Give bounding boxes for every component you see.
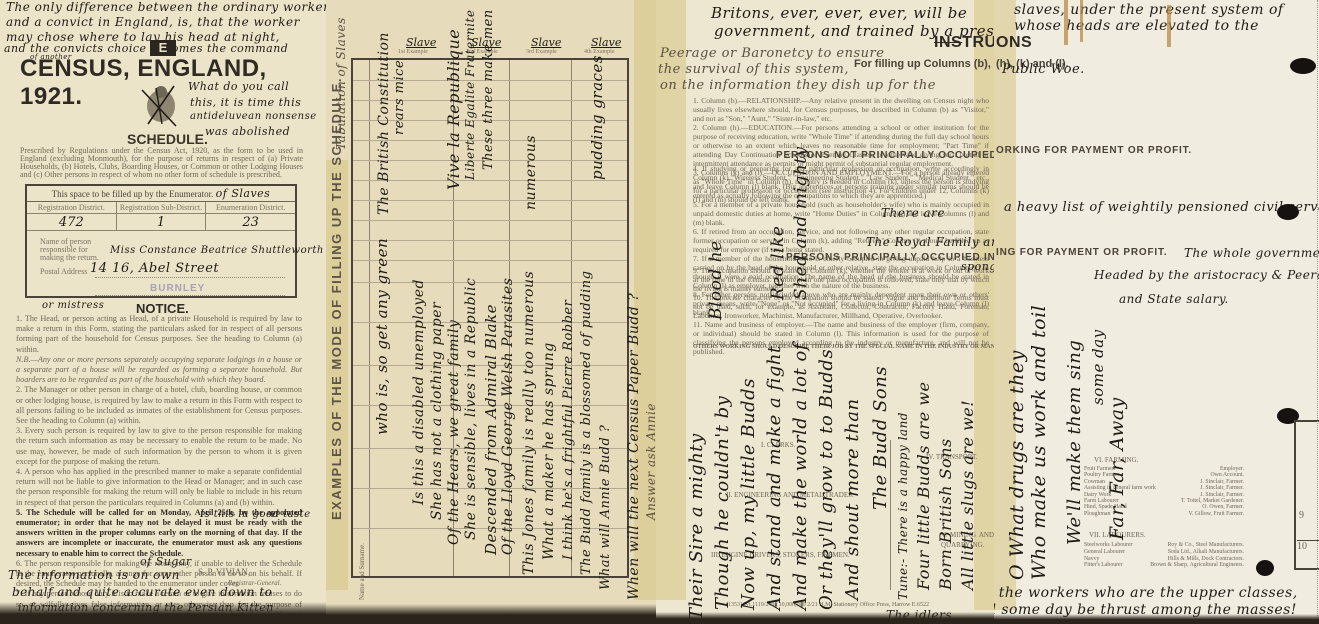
handwritten-vertical: Is this a disabled unemployed [411,279,427,505]
mistress-note: or mistress [42,300,104,311]
table-row: General LabourerSoda Ltd., Alkali Manufa… [1084,549,1244,556]
labourers-table: Steelworks LabourerRoy & Co., Steel Manu… [1084,542,1244,569]
instruction-item: 2. Column (h).—EDUCATION.—For persons at… [693,123,989,168]
responsible-person-label: Name of person responsible for making th… [40,238,106,262]
handwritten-vertical: O What drugs are they [1006,350,1028,580]
handwritten-line: slaves, under the present system of [1014,2,1284,18]
handwritten-vertical: Red like [768,226,788,300]
instructions-subtitle: For filling up Columns (b), (h), (k) and… [854,58,994,70]
handwritten-vertical: Liberte Egalite Fraternite [463,10,477,180]
value-enumeration-district: 23 [206,214,295,230]
handwritten-vertical: The Budd Sons [870,366,891,510]
table-row: Steelworks LabourerRoy & Co., Steel Manu… [1084,542,1244,549]
handwritten-vertical: Of the Hears, we great family [446,320,462,545]
handwritten-vertical: These three make men [481,9,496,170]
section-occupied-tail: ORKING FOR PAYMENT OR PROFIT. [996,145,1192,156]
census-cover-panel: The only difference between the ordinary… [0,0,326,624]
section-occupied-tail-2: ING FOR PAYMENT OR PROFIT. [996,247,1167,258]
example-names: Name and Surname. [356,543,368,600]
postal-address-label: Postal Address [40,268,87,276]
handwritten-line: The information is on own [8,568,180,582]
page-edge [1317,0,1318,624]
instructions-panel: Britons, ever, ever, ever, will be gover… [656,0,994,624]
torn-edge [326,604,656,624]
instruction-item: 4. If studying or preparing for any part… [693,164,989,200]
table-row: NavvyHills & Mills, Dock Contractors. [1084,556,1244,563]
section-industry: OTHERS WORKING SHOULD DESCRIBE THEIR JOB… [693,342,994,352]
handwritten-vertical: The Budd family is a blossomed of puddin… [579,270,594,575]
handwritten-line: and a convict in England, is, that the w… [6,15,300,29]
handwritten-vertical: some day [1089,329,1107,405]
handwritten-vertical: Tune:- There is a happy land [896,412,910,600]
notice-item: 4. A person who has applied in the presc… [16,467,302,508]
instructions-continuation-panel: slaves, under the present system of whos… [994,0,1319,624]
enumerator-columns: Registration District. Registration Sub-… [27,202,295,214]
table-row: Fitter's LabourerBrown & Sharp, Agricult… [1084,562,1244,569]
margin-note: antideluvean nonsense [190,111,317,122]
value-registration-district: 472 [27,214,117,230]
margin-note: What do you call [188,80,289,93]
handwritten-vertical: What will Annie Budd ? [598,425,613,590]
handwritten-vertical: And stand and make a fight [764,345,785,610]
margin-note: was abolished [205,125,290,138]
handwritten-vertical: Far, Far, Away [1106,397,1128,540]
punch-hole [1277,204,1299,220]
handwritten-annotation: of Slaves [216,187,271,200]
handwritten-vertical: who is, so get any green [373,238,391,435]
handwritten-vertical: She is sensible, lives in a Republic [463,278,479,540]
handwritten-line: There are [881,206,945,220]
handwritten-vertical: Now up, my little Budds [738,378,759,610]
handwritten-vertical: I think he's a frightful Pierre Robber [561,300,576,560]
public-woe-note: Public Woe. [1002,62,1085,77]
schedule-label: SCHEDULE. [127,131,208,147]
stain-mark [1064,0,1068,45]
margin-note: this, it is time this [190,96,301,109]
handwritten-line: behalf and quite accurate even down to [12,585,272,599]
handwritten-line: the survival of this system, [658,62,849,77]
handwritten-line: and State salary. [1119,292,1229,306]
column-registration-district: Registration District. [27,202,117,213]
notice-item: 1. The Head, or person acting as Head, o… [16,314,302,355]
handwritten-line: The only difference between the ordinary… [6,0,326,14]
handwritten-vertical: Shed and mighty [791,146,811,300]
handwritten-line: Peerage or Baronetcy to ensure [660,46,884,61]
handwritten-vertical: Descended from Admiral Blake [482,304,500,555]
frame-number: 9 [1299,510,1304,521]
handwritten-vertical: The British Constitution [376,32,392,215]
notice-item: 3. Every such person is required by law … [16,426,302,467]
frame-number: 10 [1297,540,1319,552]
burnley-stamp: BURNLEY [150,283,205,294]
handwritten-vertical: Blood he [706,240,726,320]
column-enumeration-district: Enumeration District. [206,202,295,213]
column-registration-sub-district: Registration Sub-District. [117,202,207,213]
handwritten-line: a heavy list of weightily pensioned civi… [1004,200,1319,215]
responsible-person-value: Miss Constance Beatrice Shuttleworth [110,245,324,256]
instructions-title-tail: ONS [996,34,1032,52]
example-note: Slave [406,36,436,49]
example-label: 1st Example [398,49,428,55]
handwritten-vertical: pudding graces [588,55,606,180]
stain-mark [1080,0,1083,42]
handwritten-line: The whole governmental brood [1184,246,1319,260]
address-line [95,277,285,278]
torn-edge [0,602,326,624]
address-line [95,295,285,296]
handwritten-vertical: Or they'll grow to to Budds [816,349,837,610]
form-letter-badge: E [150,40,176,56]
names-column-header: Name and Surname. [358,543,366,600]
handwritten-vertical: All little slugs are we! [958,400,977,590]
notice-item: N.B.—Any one or more persons separately … [16,355,302,386]
handwritten-vertical: Four little Budds are we [914,382,933,590]
handwritten-vertical: This Jones family is really too numerous [521,271,537,575]
good-taste-note: Is this in good taste [200,509,311,520]
example-note: Slave [591,36,621,49]
handwritten-line: on the information they dish up for the [660,78,936,93]
handwritten-vertical: Born British Sons [936,438,955,590]
torn-edge [994,614,1319,624]
example-note: Slave [531,36,561,49]
handwritten-vertical: numerous [523,135,539,210]
examples-schedule-panel: Slave 1st Example Slave 2nd Example Slav… [326,0,656,624]
side-annotation: Tabulation of Slaves [334,17,348,150]
royal-crest-icon [140,80,182,128]
signatory: S. P. VIVIAN, [198,567,250,577]
handwritten-vertical: We'll make them sing [1064,340,1085,545]
handwritten-vertical: Of the Lloyd George Welsh Parasites [500,278,516,555]
handwritten-vertical: And make the world a lot of [790,343,811,610]
value-registration-sub-district: 1 [117,214,207,230]
stain-mark [1167,5,1171,47]
handwritten-vertical: What a maker he has sprung [541,342,557,560]
handwritten-line: Britons, ever, ever, ever, will be [711,4,967,22]
torn-edge [656,612,994,624]
struck-title-part: INS [934,34,962,51]
handwritten-vertical: rears mice [392,60,407,135]
instruction-item: 1. Column (b).—RELATIONSHIP.—Any relativ… [693,96,989,123]
punch-hole [1256,560,1274,576]
punch-hole [1290,58,1316,74]
instruction-item: 9. The occupation should be stated in Co… [693,266,989,293]
handwritten-vertical: Though he couldn't by [712,396,733,610]
prescribed-text: Prescribed by Regulations under the Cens… [20,147,303,179]
handwritten-line: The Royal Family and other following mus… [866,235,994,249]
handwritten-vertical: She has not a clothing paper [429,302,445,520]
example-label: 3rd Example [526,49,557,55]
enumerator-values: 472 1 23 [27,214,295,231]
handwritten-line: sponges [961,260,994,273]
sugar-note: of Sugar [140,555,192,568]
handwritten-line: It is the workers who are the upper clas… [994,585,1298,601]
instructions-title: INSTRUCTI [934,34,994,52]
bottom-note: When will the next Census Paper Budd ? [626,293,642,600]
handwritten-vertical: And shout more than [842,398,863,600]
handwritten-vertical: Vive la Republique [444,29,463,190]
adjacent-page-frame: 9 10 [1294,420,1319,570]
handwritten-line: Headed by the aristocracy & Peerage [1094,268,1319,282]
handwritten-vertical: Their Sire a mighty [686,433,707,620]
enumerator-box-header: This space to be filled up by the Enumer… [27,186,295,202]
notice-item: 2. The Manager or other person in charge… [16,385,302,426]
handwritten-vertical: Who make us work and toil [1028,305,1050,580]
handwritten-line: whose heads are elevated to the [1014,18,1259,34]
enumerator-header-text: This space to be filled up by the Enumer… [52,189,214,199]
bottom-note-answer: Answer ask Annie [644,403,656,520]
instruction-item: 10. The precise character of the occupat… [693,293,989,320]
postal-address-value: 14 16, Abel Street [90,261,219,276]
